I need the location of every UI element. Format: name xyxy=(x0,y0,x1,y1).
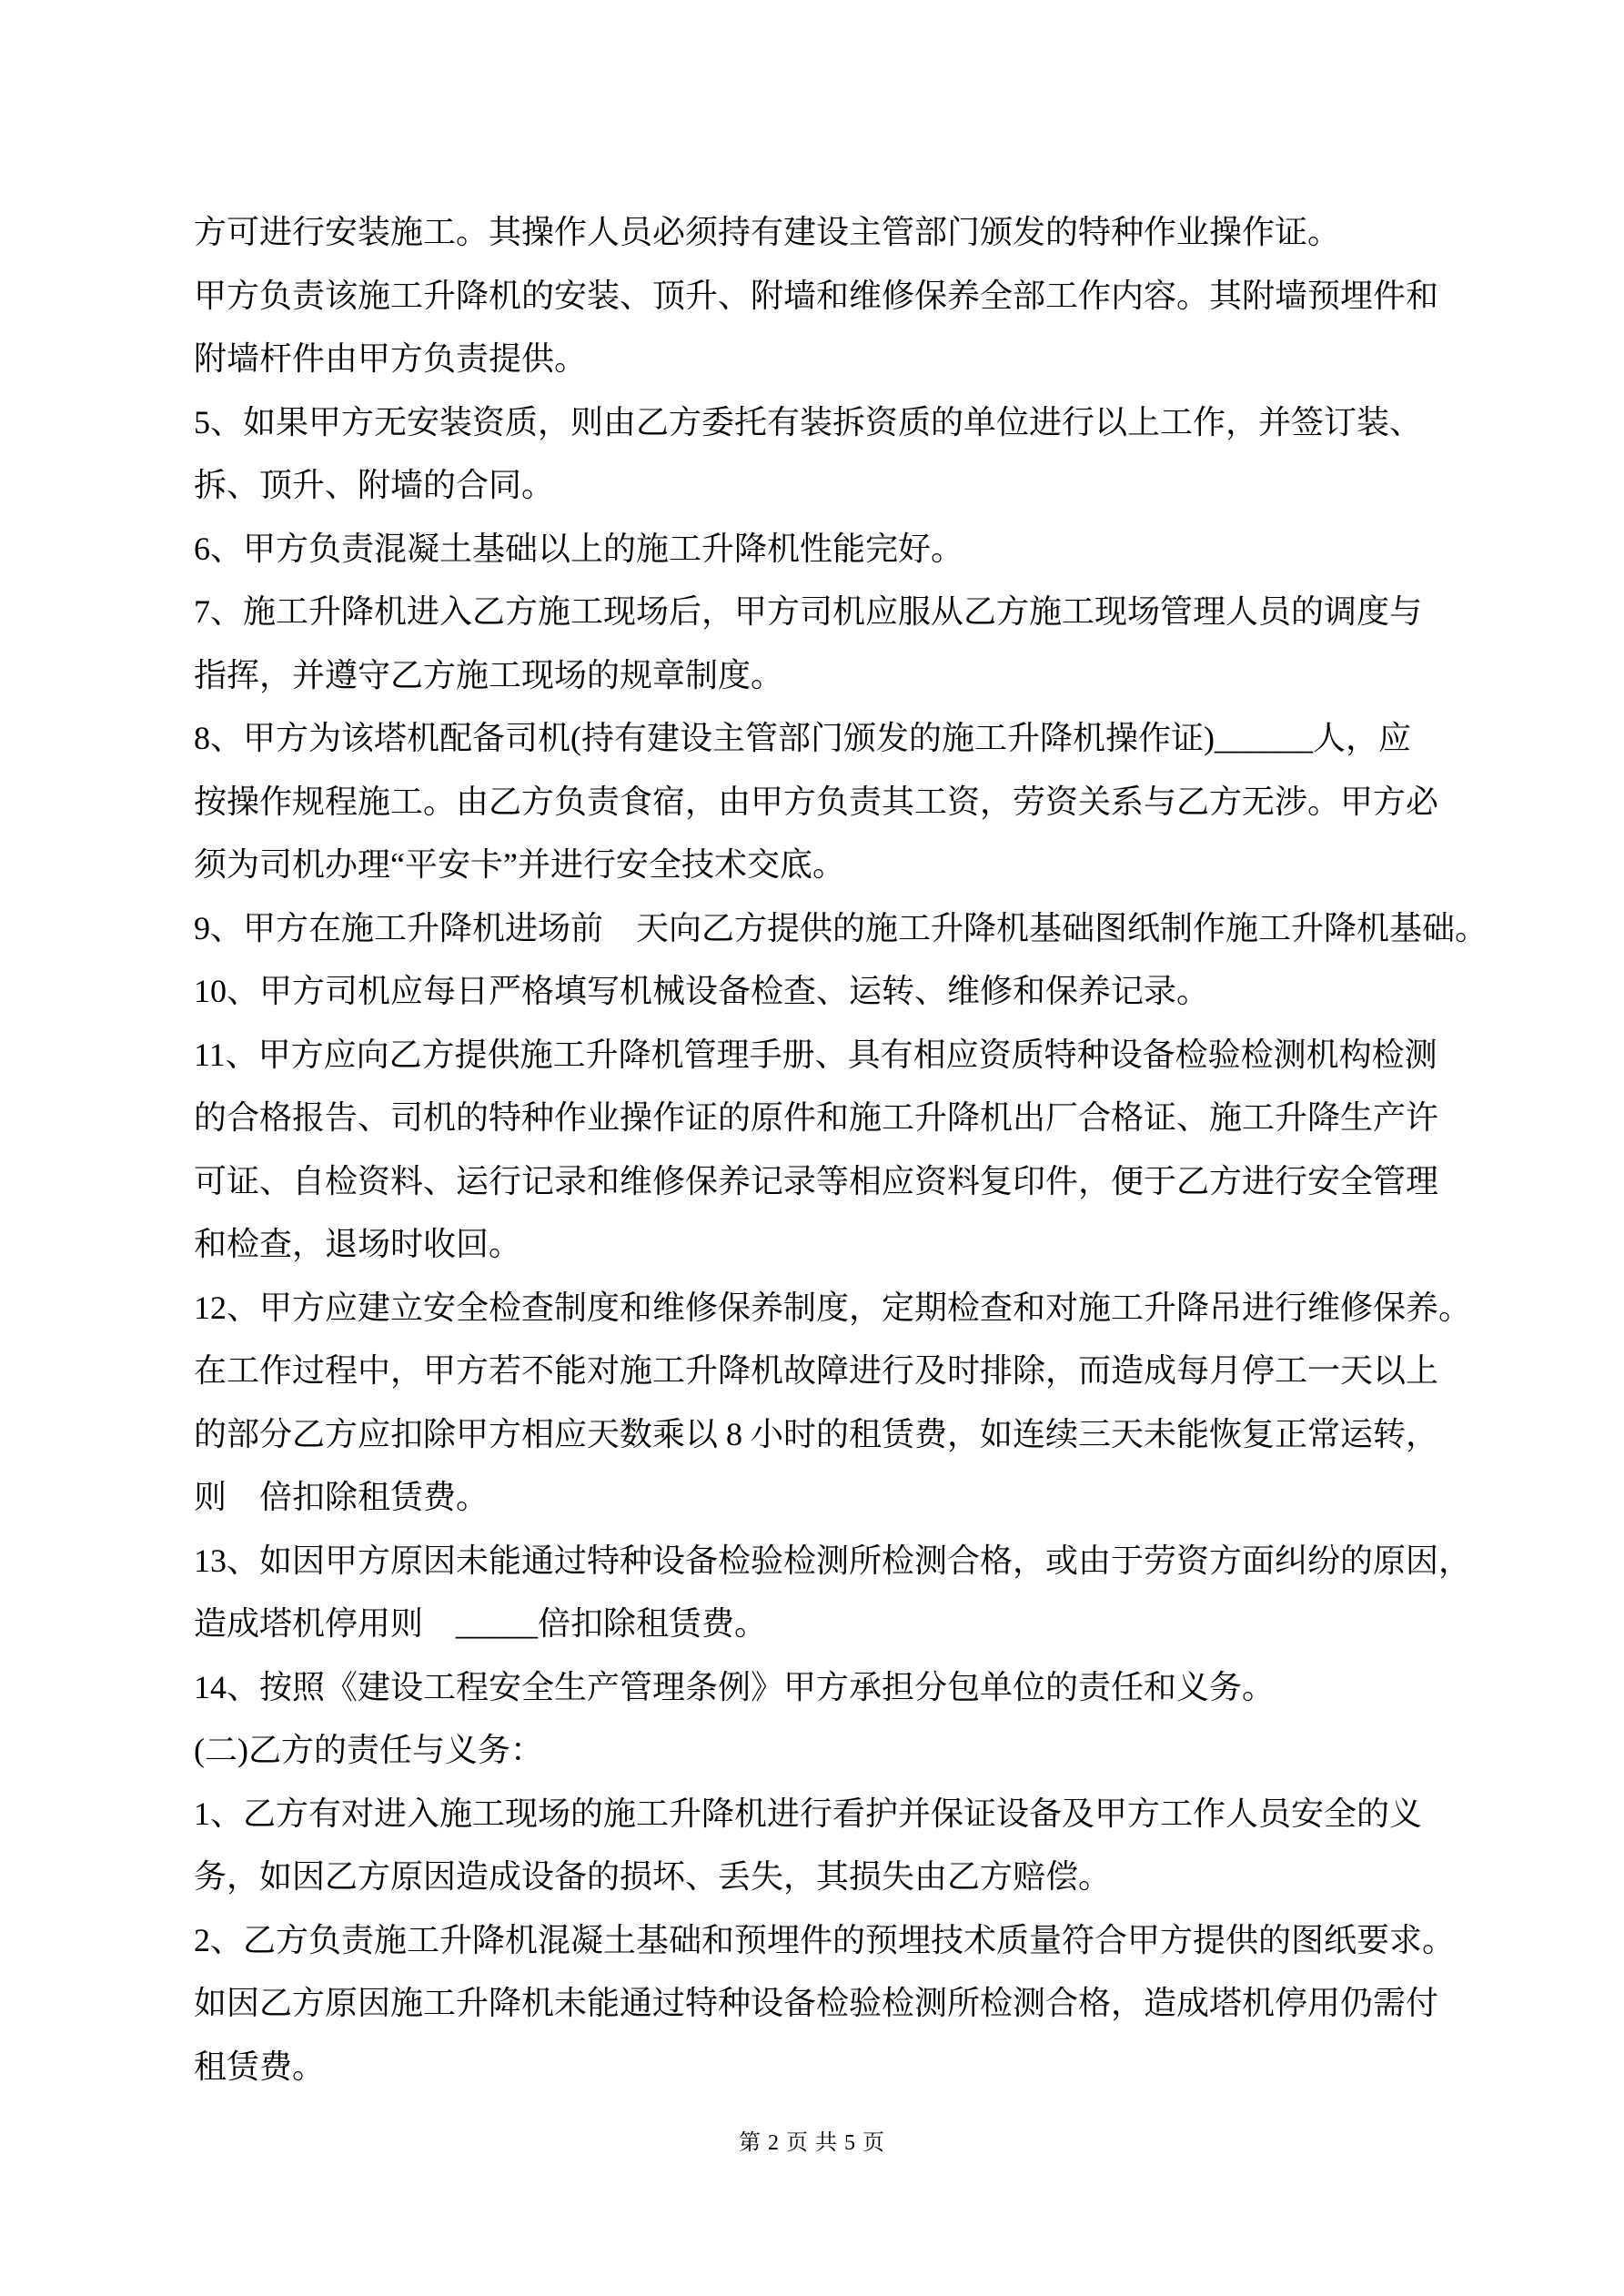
text-line-29: 如因乙方原因施工升降机未能通过特种设备检验检测所检测合格，造成塔机停用仍需付 xyxy=(194,1972,1504,2036)
text-line-6: 6、甲方负责混凝土基础以上的施工升降机性能完好。 xyxy=(194,518,1504,582)
text-line-10: 按操作规程施工。由乙方负责食宿，由甲方负责其工资，劳资关系与乙方无涉。甲方必 xyxy=(194,771,1504,834)
text-line-18: 12、甲方应建立安全检查制度和维修保养制度，定期检查和对施工升降吊进行维修保养。 xyxy=(194,1277,1504,1340)
text-line-25: (二)乙方的责任与义务： xyxy=(194,1719,1504,1783)
text-line-8: 指挥，并遵守乙方施工现场的规章制度。 xyxy=(194,644,1504,708)
text-line-28: 2、乙方负责施工升降机混凝土基础和预埋件的预埋技术质量符合甲方提供的图纸要求。 xyxy=(194,1909,1504,1973)
text-line-9: 8、甲方为该塔机配备司机(持有建设主管部门颁发的施工升降机操作证)______人… xyxy=(194,707,1504,771)
text-line-26: 1、乙方有对进入施工现场的施工升降机进行看护并保证设备及甲方工作人员安全的义 xyxy=(194,1783,1504,1846)
text-line-3: 附墙杆件由甲方负责提供。 xyxy=(194,328,1504,391)
text-line-11: 须为司机办理“平安卡”并进行安全技术交底。 xyxy=(194,834,1504,897)
text-line-23: 造成塔机停用则 _____倍扣除租赁费。 xyxy=(194,1593,1504,1656)
text-line-5: 拆、顶升、附墙的合同。 xyxy=(194,454,1504,518)
text-line-15: 的合格报告、司机的特种作业操作证的原件和施工升降机出厂合格证、施工升降生产许 xyxy=(194,1087,1504,1150)
text-line-12: 9、甲方在施工升降机进场前 天向乙方提供的施工升降机基础图纸制作施工升降机基础。 xyxy=(194,897,1504,961)
text-line-14: 11、甲方应向乙方提供施工升降机管理手册、具有相应资质特种设备检验检测机构检测 xyxy=(194,1024,1504,1087)
page-number-footer: 第 2 页 共 5 页 xyxy=(0,2128,1624,2159)
text-line-13: 10、甲方司机应每日严格填写机械设备检查、运转、维修和保养记录。 xyxy=(194,960,1504,1024)
text-line-17: 和检查，退场时收回。 xyxy=(194,1213,1504,1277)
document-page: 方可进行安装施工。其操作人员必须持有建设主管部门颁发的特种作业操作证。 甲方负责… xyxy=(0,0,1624,2296)
text-line-1: 方可进行安装施工。其操作人员必须持有建设主管部门颁发的特种作业操作证。 xyxy=(194,201,1504,265)
text-line-2: 甲方负责该施工升降机的安装、顶升、附墙和维修保养全部工作内容。其附墙预埋件和 xyxy=(194,265,1504,329)
text-line-24: 14、按照《建设工程安全生产管理条例》甲方承担分包单位的责任和义务。 xyxy=(194,1656,1504,1720)
text-line-16: 可证、自检资料、运行记录和维修保养记录等相应资料复印件，便于乙方进行安全管理 xyxy=(194,1150,1504,1214)
text-line-19: 在工作过程中，甲方若不能对施工升降机故障进行及时排除，而造成每月停工一天以上 xyxy=(194,1340,1504,1403)
text-line-27: 务，如因乙方原因造成设备的损坏、丢失，其损失由乙方赔偿。 xyxy=(194,1846,1504,1909)
text-line-7: 7、施工升降机进入乙方施工现场后，甲方司机应服从乙方施工现场管理人员的调度与 xyxy=(194,581,1504,644)
text-line-30: 租赁费。 xyxy=(194,2036,1504,2099)
text-line-22: 13、如因甲方原因未能通过特种设备检验检测所检测合格，或由于劳资方面纠纷的原因， xyxy=(194,1530,1504,1593)
text-line-21: 则 倍扣除租赁费。 xyxy=(194,1466,1504,1530)
text-line-4: 5、如果甲方无安装资质，则由乙方委托有装拆资质的单位进行以上工作，并签订装、 xyxy=(194,391,1504,455)
text-line-20: 的部分乙方应扣除甲方相应天数乘以 8 小时的租赁费，如连续三天未能恢复正常运转， xyxy=(194,1403,1504,1467)
contract-text-block: 方可进行安装施工。其操作人员必须持有建设主管部门颁发的特种作业操作证。 甲方负责… xyxy=(194,201,1504,2099)
